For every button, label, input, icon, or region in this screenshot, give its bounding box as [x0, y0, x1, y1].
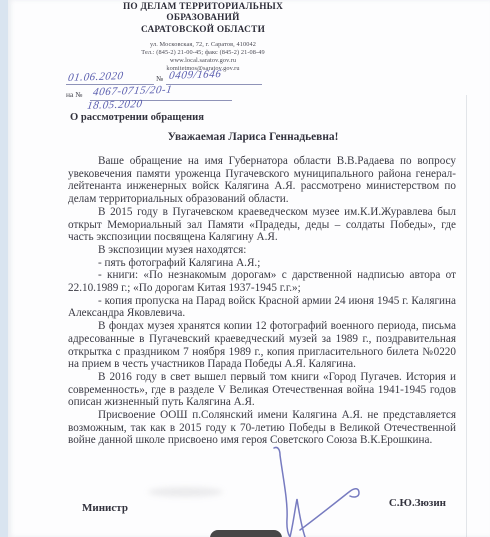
paragraph: - пять фотографий Калягина А.Я.; [68, 257, 456, 270]
letterhead: ПО ДЕЛАМ ТЕРРИТОРИАЛЬНЫХОБРАЗОВАНИЙСАРАТ… [28, 2, 378, 73]
letterhead-address-line: ул. Московская, 72, г. Саратов, 410042 [28, 41, 378, 49]
paragraph: В экспозиции музея находятся: [68, 244, 456, 257]
letterhead-address-line: Тел.: (845-2) 21-00-45; факс (845-2) 21-… [28, 49, 378, 57]
scanned-letter-page: ПО ДЕЛАМ ТЕРРИТОРИАЛЬНЫХОБРАЗОВАНИЙСАРАТ… [8, 0, 490, 537]
paragraph: - книги: «По незнакомым дорогам» с дарст… [68, 269, 456, 294]
viewer-overlay-control[interactable] [210, 530, 282, 537]
paragraph: Ваше обращение на имя Губернатора област… [68, 155, 456, 206]
scan-fold-line [466, 95, 467, 537]
letterhead-org-line: САРАТОВСКОЙ ОБЛАСТИ [28, 25, 378, 36]
handwritten-outgoing-number: 0409/1646 [168, 69, 222, 82]
paragraph: В 2015 году в Пугачевском краеведческом … [68, 206, 456, 244]
signature-stroke-main [274, 447, 305, 537]
signer-title: Министр [68, 497, 128, 514]
letter-subject: О рассмотрении обращения [70, 112, 204, 123]
scan-smudge [148, 487, 223, 497]
reference-block: 01.06.2020 № 0409/1646 на № 4067-0715/20… [66, 71, 276, 113]
letterhead-address-line: www.local.saratov.gov.ru [28, 57, 378, 65]
number-sign-label: № [156, 74, 163, 83]
letter-body: Ваше обращение на имя Губернатора област… [68, 155, 456, 447]
signature-stroke-swoosh [300, 489, 359, 530]
paragraph: В 2016 году в свет вышел первый том книг… [68, 371, 456, 409]
handwritten-incoming-number: 4067-0715/20-1 [92, 85, 173, 99]
letterhead-org-line: ОБРАЗОВАНИЙ [28, 13, 378, 24]
handwritten-incoming-date: 18.05.2020 [86, 99, 143, 112]
reference-underline [166, 84, 262, 85]
handwritten-outgoing-date: 01.06.2020 [67, 71, 124, 84]
letterhead-org-line: ПО ДЕЛАМ ТЕРРИТОРИАЛЬНЫХ [28, 2, 378, 13]
reply-to-label: на № [66, 90, 82, 99]
paragraph: В фондах музея хранятся копии 12 фотогра… [68, 320, 456, 371]
salutation: Уважаемая Лариса Геннадьевна! [58, 131, 448, 143]
paragraph: - копия пропуска на Парад войск Красной … [68, 295, 456, 320]
letterhead-org-lines: ПО ДЕЛАМ ТЕРРИТОРИАЛЬНЫХОБРАЗОВАНИЙСАРАТ… [28, 2, 378, 36]
handwritten-signature-icon [255, 435, 405, 537]
